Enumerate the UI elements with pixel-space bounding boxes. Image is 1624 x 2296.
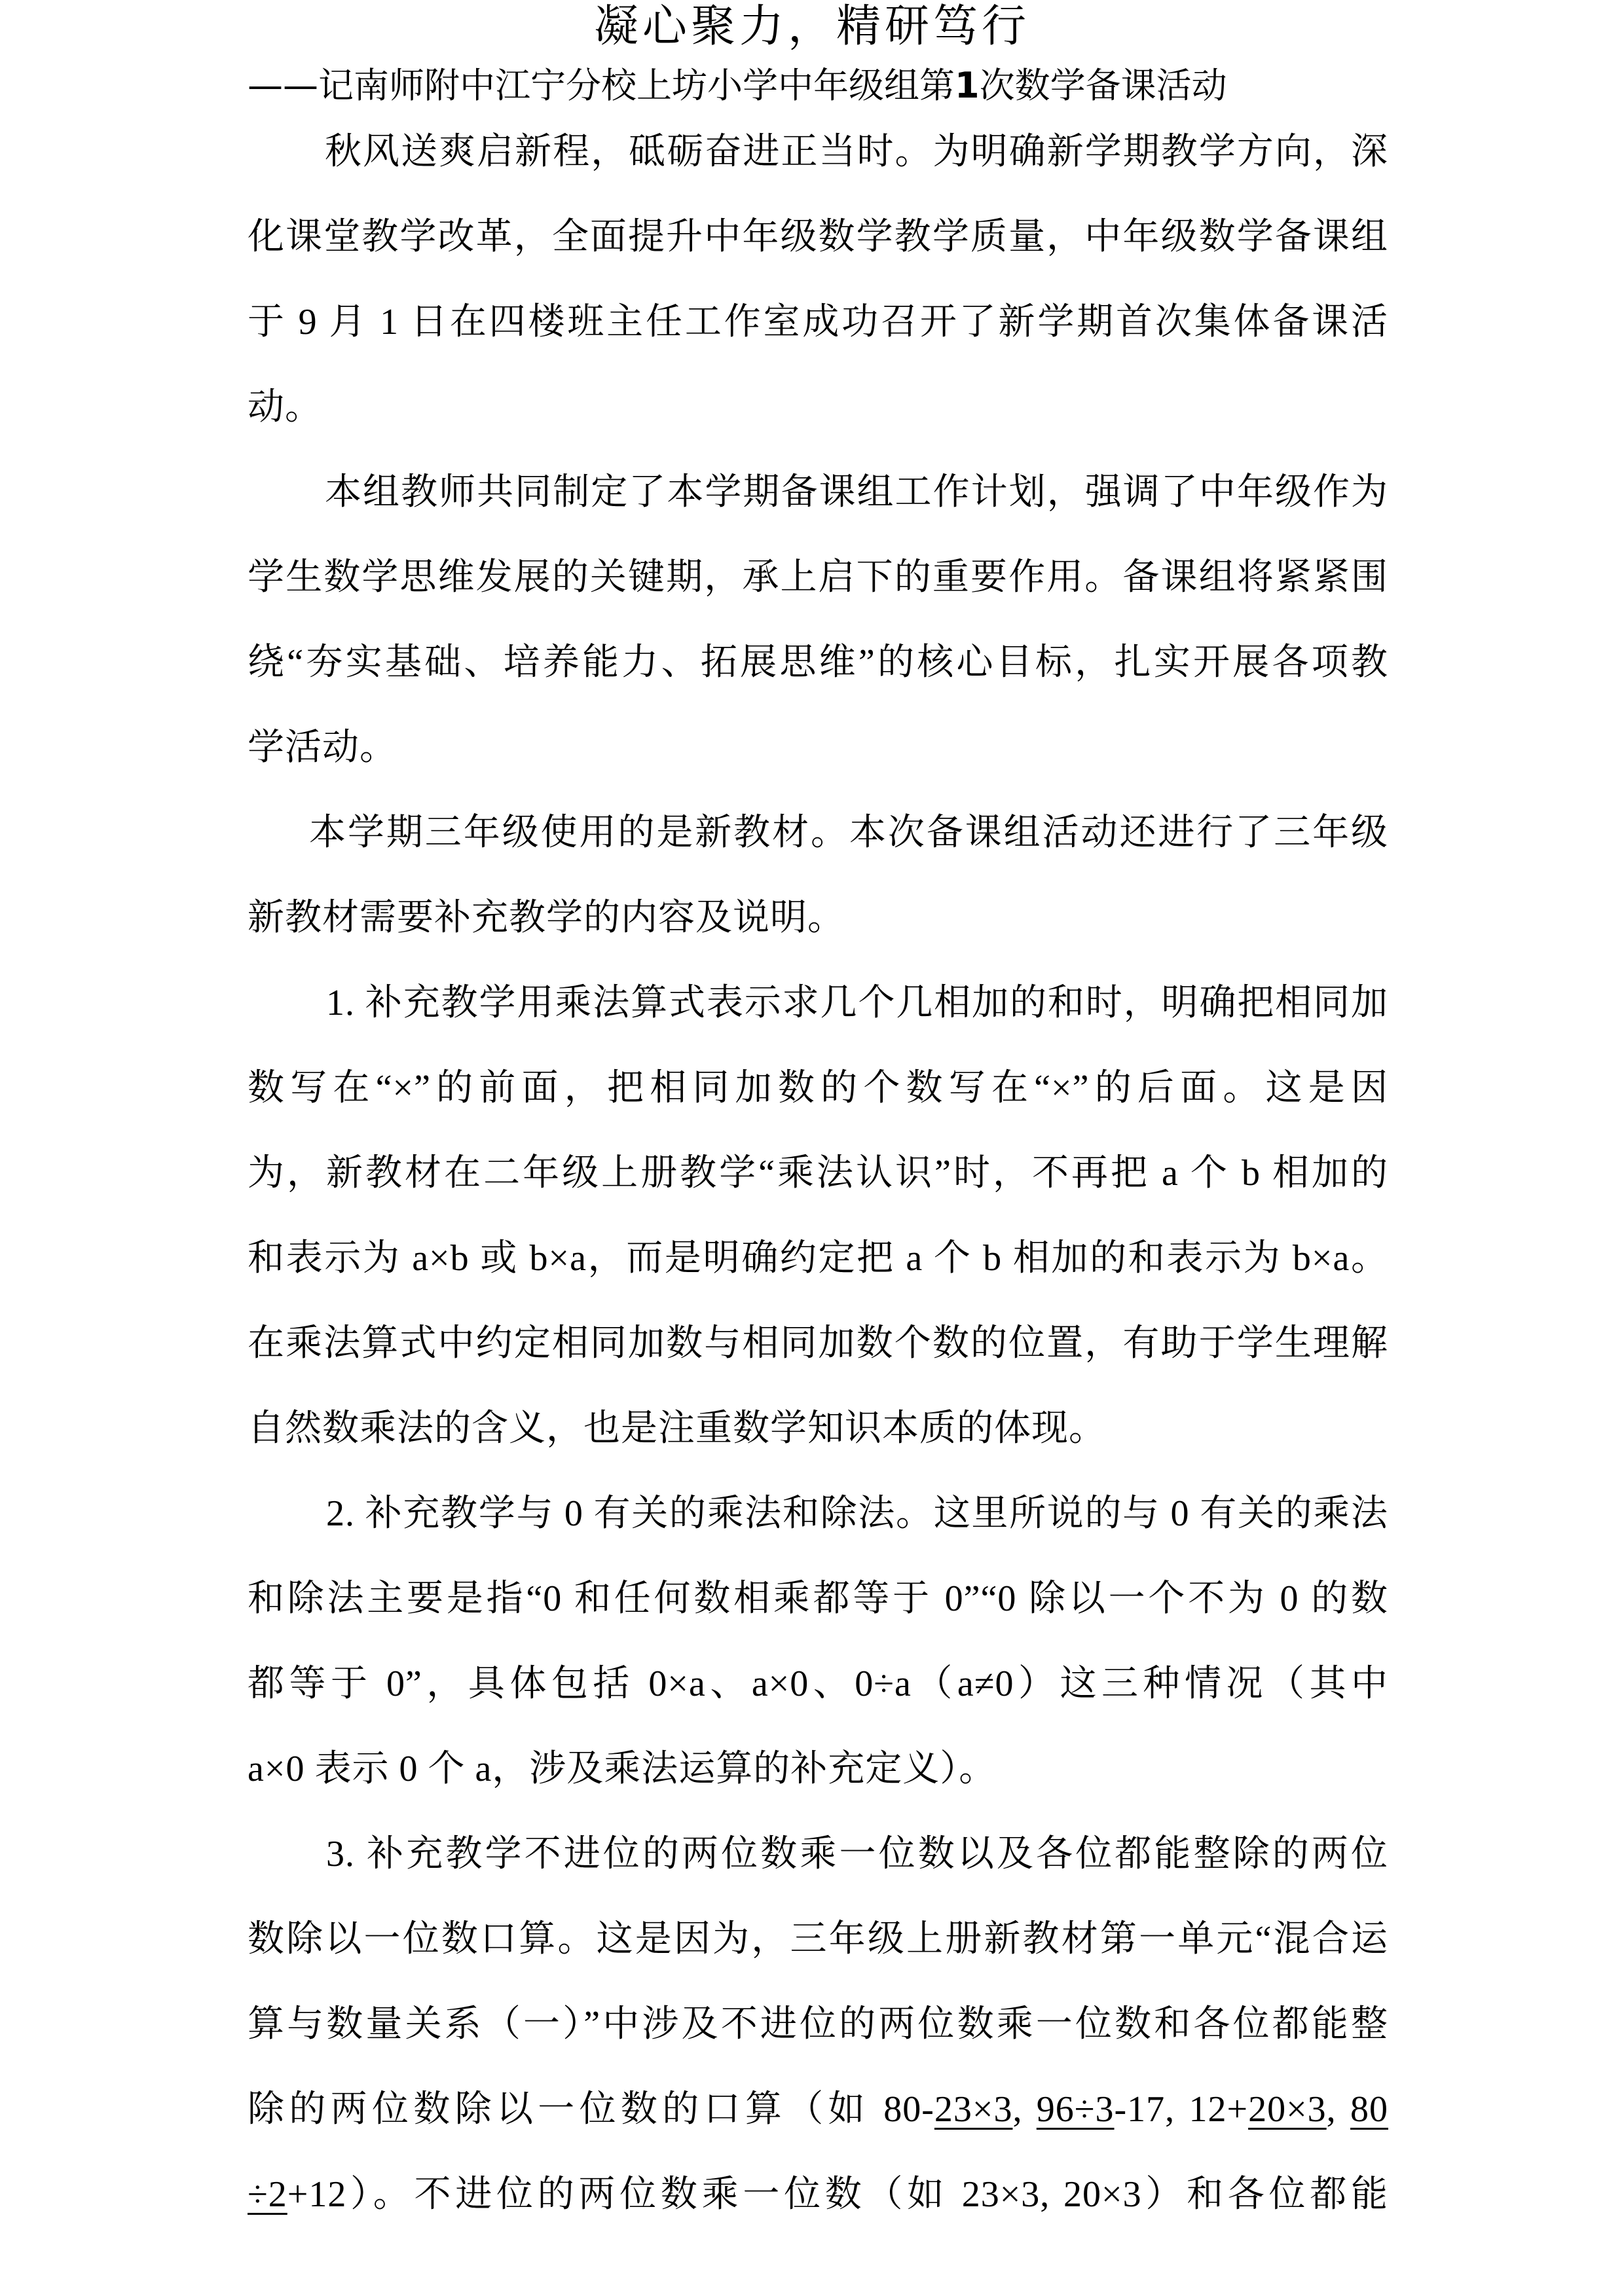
example-text: +12）。不进位的两位数乘一位数（如 23×3, 20×3）和各位都能 [287, 2174, 1388, 2215]
text-line: 绕“夯实基础、培养能力、拓展思维”的核心目标，扎实开展各项教 [248, 620, 1388, 705]
document-page: 凝心聚力，精研笃行 ——记南师附中江宁分校上坊小学中年级组第1次数学备课活动 秋… [0, 0, 1624, 2296]
text-line: ÷2+12）。不进位的两位数乘一位数（如 23×3, 20×3）和各位都能 [248, 2152, 1388, 2237]
text-line: 1. 补充教学用乘法算式表示求几个几相加的和时，明确把相同加 [248, 960, 1388, 1046]
text-line: 学生数学思维发展的关键期，承上启下的重要作用。备课组将紧紧围 [248, 535, 1388, 620]
text-line: 自然数乘法的含义，也是注重数学知识本质的体现。 [248, 1386, 1388, 1471]
text-line: 本学期三年级使用的是新教材。本次备课组活动还进行了三年级 [248, 790, 1388, 875]
underlined-expression: 80 [1350, 2089, 1388, 2130]
example-line: 除的两位数除以一位数的口算（如 80-23×3, 96÷3-17, 12+20×… [248, 2067, 1388, 2152]
paragraph-intro: 秋风送爽启新程，砥砺奋进正当时。为明确新学期教学方向，深 化课堂教学改革，全面提… [248, 109, 1388, 450]
list-item-1: 1. 补充教学用乘法算式表示求几个几相加的和时，明确把相同加 数写在“×”的前面… [248, 960, 1388, 1471]
document-body: 秋风送爽启新程，砥砺奋进正当时。为明确新学期教学方向，深 化课堂教学改革，全面提… [248, 109, 1388, 2237]
example-text: , [1327, 2089, 1350, 2130]
subtitle-suffix: 次数学备课活动 [980, 65, 1227, 106]
document-title: 凝心聚力，精研笃行 [0, 0, 1624, 54]
text-line: a×0 表示 0 个 a，涉及乘法运算的补充定义）。 [248, 1726, 1388, 1812]
paragraph-new-textbook: 本学期三年级使用的是新教材。本次备课组活动还进行了三年级 新教材需要补充教学的内… [248, 790, 1388, 960]
text-line: 都等于 0”，具体包括 0×a、a×0、0÷a（a≠0）这三种情况（其中 [248, 1641, 1388, 1726]
text-line: 本组教师共同制定了本学期备课组工作计划，强调了中年级作为 [248, 450, 1388, 535]
text-line: 动。 [248, 365, 1388, 450]
example-text: 除的两位数除以一位数的口算（如 80- [248, 2089, 934, 2130]
document-subtitle: ——记南师附中江宁分校上坊小学中年级组第1次数学备课活动 [248, 63, 1388, 109]
text-line: 2. 补充教学与 0 有关的乘法和除法。这里所说的与 0 有关的乘法 [248, 1471, 1388, 1556]
text-line: 算与数量关系（一）”中涉及不进位的两位数乘一位数和各位都能整 [248, 1982, 1388, 2067]
text-line: 在乘法算式中约定相同加数与相同加数个数的位置，有助于学生理解 [248, 1301, 1388, 1386]
underlined-expression: 23×3 [934, 2089, 1013, 2130]
text-line: 和表示为 a×b 或 b×a，而是明确约定把 a 个 b 相加的和表示为 b×a… [248, 1216, 1388, 1301]
text-line: 学活动。 [248, 705, 1388, 790]
text-line: 数写在“×”的前面，把相同加数的个数写在“×”的后面。这是因 [248, 1046, 1388, 1131]
subtitle-prefix: ——记南师附中江宁分校上坊小学中年级组第 [248, 65, 955, 106]
text-line: 3. 补充教学不进位的两位数乘一位数以及各位都能整除的两位 [248, 1812, 1388, 1897]
text-line: 数除以一位数口算。这是因为，三年级上册新教材第一单元“混合运 [248, 1897, 1388, 1982]
text-line: 为，新教材在二年级上册教学“乘法认识”时，不再把 a 个 b 相加的 [248, 1131, 1388, 1216]
text-line: 新教材需要补充教学的内容及说明。 [248, 875, 1388, 960]
example-text: , [1012, 2089, 1036, 2130]
text-line: 化课堂教学改革，全面提升中年级数学教学质量，中年级数学备课组 [248, 194, 1388, 280]
underlined-expression: 20×3 [1248, 2089, 1327, 2130]
text-line: 和除法主要是指“0 和任何数相乘都等于 0”“0 除以一个不为 0 的数 [248, 1556, 1388, 1641]
text-line: 于 9 月 1 日在四楼班主任工作室成功召开了新学期首次集体备课活 [248, 280, 1388, 365]
list-item-3: 3. 补充教学不进位的两位数乘一位数以及各位都能整除的两位 数除以一位数口算。这… [248, 1812, 1388, 2237]
underlined-expression: ÷2 [248, 2174, 287, 2215]
list-item-2: 2. 补充教学与 0 有关的乘法和除法。这里所说的与 0 有关的乘法 和除法主要… [248, 1471, 1388, 1812]
underlined-expression: 96÷3 [1037, 2089, 1115, 2130]
subtitle-number: 1 [955, 65, 980, 106]
text-line: 秋风送爽启新程，砥砺奋进正当时。为明确新学期教学方向，深 [248, 109, 1388, 194]
example-text: -17, 12+ [1115, 2089, 1249, 2130]
paragraph-plan: 本组教师共同制定了本学期备课组工作计划，强调了中年级作为 学生数学思维发展的关键… [248, 450, 1388, 790]
